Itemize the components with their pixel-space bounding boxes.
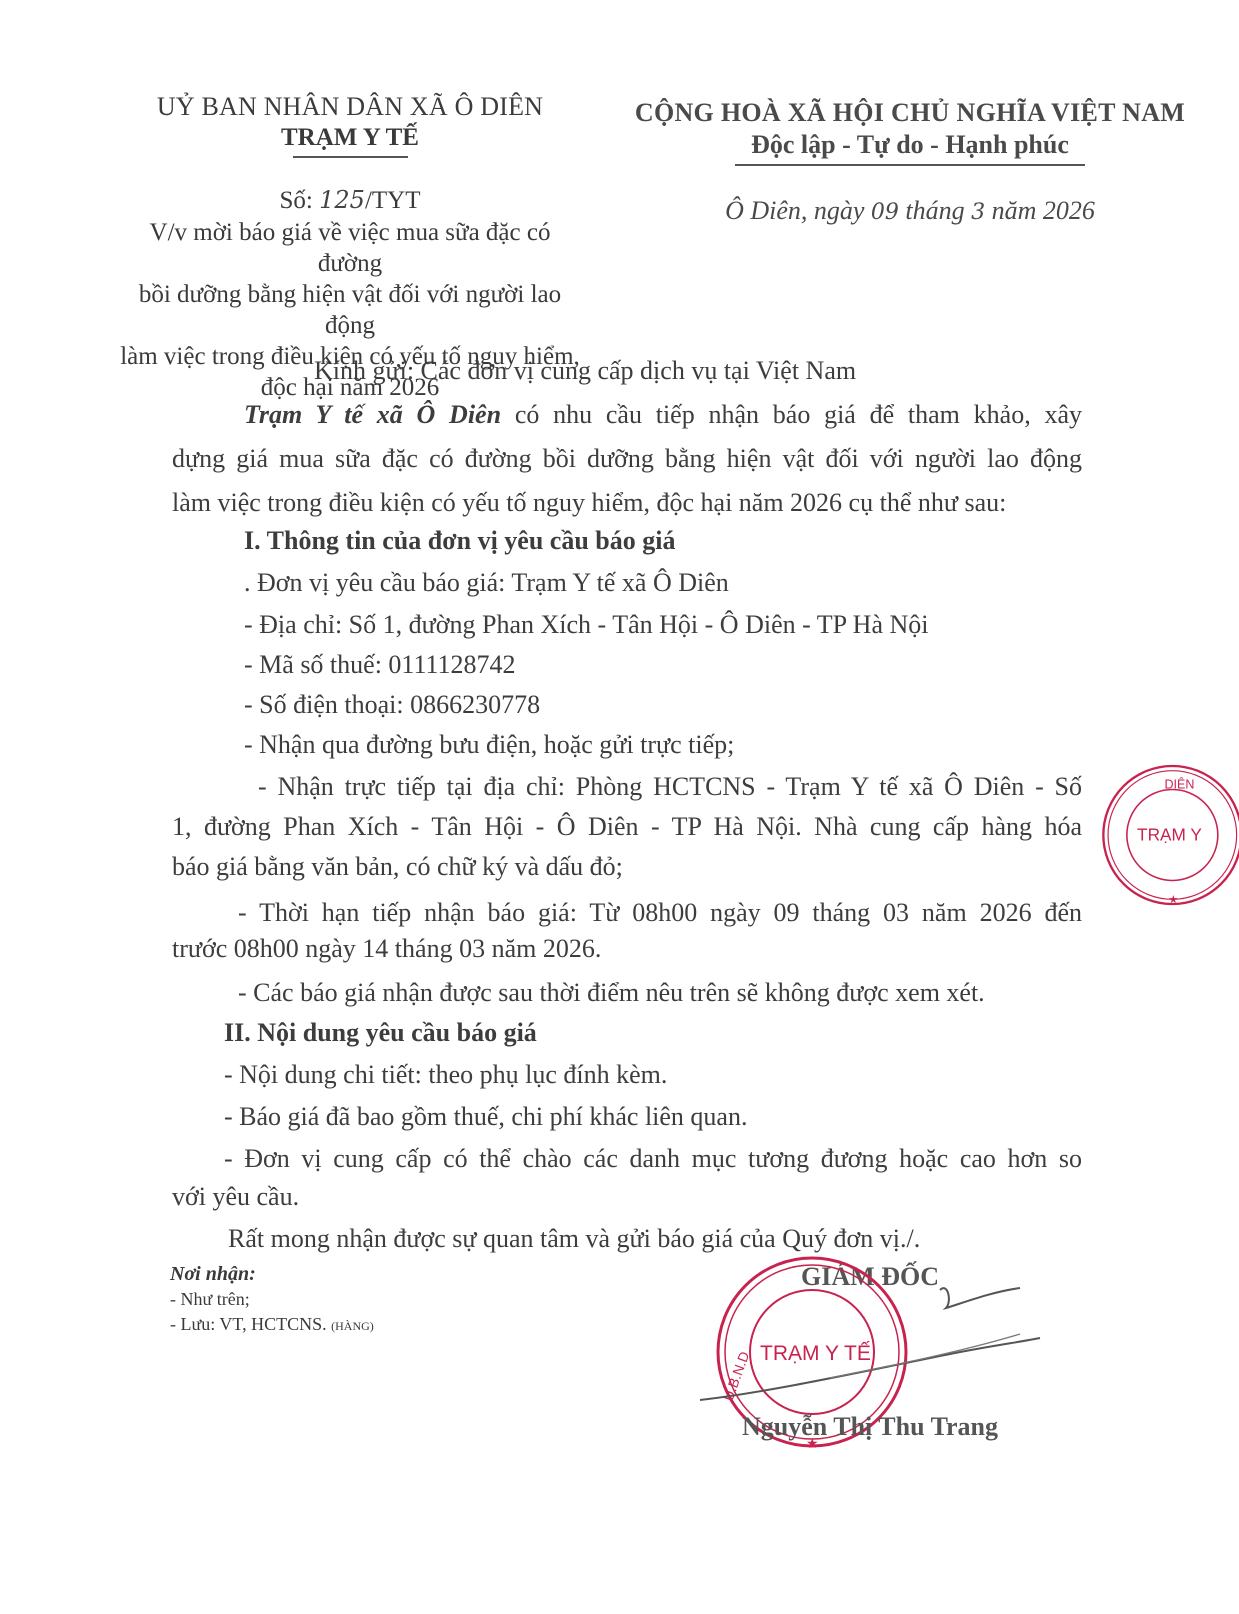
signer-name: Nguyễn Thị Thu Trang [690, 1412, 1050, 1442]
recipient-item: - Lưu: VT, HCTCNS. (HÀNG) [170, 1312, 374, 1339]
motto-underline [735, 164, 1085, 166]
section-1-item: - Số điện thoại: 0866230778 [244, 690, 540, 720]
national-motto: Độc lập - Tự do - Hạnh phúc [751, 130, 1069, 160]
section-1-item: - Địa chỉ: Số 1, đường Phan Xích - Tân H… [244, 610, 929, 640]
date-mid: tháng [899, 196, 971, 225]
date-suffix: năm 2026 [985, 196, 1095, 225]
recipient-item: - Như trên; [170, 1287, 374, 1312]
subject-line: bồi dưỡng bằng hiện vật đối với người la… [120, 279, 580, 341]
recipients-title: Nơi nhận: [170, 1262, 374, 1287]
section-1-item: - Nhận qua đường bưu điện, hoặc gửi trực… [244, 730, 734, 760]
drafter-initials: (HÀNG) [331, 1319, 374, 1333]
issuing-authority: UỶ BAN NHÂN DÂN XÃ Ô DIÊN [120, 92, 580, 122]
equivalent-line: - Đơn vị cung cấp có thể chào các danh m… [172, 1144, 1082, 1174]
deadline-text: - Thời hạn tiếp nhận báo giá: Từ 08h00 n… [238, 898, 1082, 927]
issuing-agency: TRẠM Y TẾ [120, 124, 580, 152]
addressee: Kính gửi: Các đơn vị cung cấp dịch vụ tạ… [314, 356, 856, 386]
date-month: 3 [971, 200, 985, 225]
svg-text:DIÊN: DIÊN [1165, 777, 1195, 792]
closing-line: Rất mong nhận được sự quan tâm và gửi bá… [228, 1224, 920, 1254]
recipients-block: Nơi nhận: - Như trên; - Lưu: VT, HCTCNS.… [170, 1262, 374, 1339]
svg-text:TRẠM Y: TRẠM Y [1137, 824, 1202, 844]
intro-line: dựng giá mua sữa đặc có đường bồi dưỡng … [172, 444, 1082, 474]
seal-stamp-partial: TRẠM Y DIÊN ★ [1090, 740, 1239, 930]
handwritten-number: 125 [319, 186, 365, 214]
svg-text:★: ★ [1168, 894, 1178, 906]
handwritten-signature [690, 1282, 1050, 1412]
receive-line: báo giá bằng văn bản, có chữ ký và dấu đ… [172, 852, 623, 882]
section-2-item: - Báo giá đã bao gồm thuế, chi phí khác … [224, 1102, 747, 1132]
deadline-line: trước 08h00 ngày 14 tháng 03 năm 2026. [172, 934, 601, 964]
equivalent-line: với yêu cầu. [172, 1182, 299, 1212]
section-1-title: I. Thông tin của đơn vị yêu cầu báo giá [244, 526, 675, 556]
number-suffix: /TYT [365, 187, 421, 214]
date-day: 09 [871, 200, 899, 225]
document-number: Số: 125/TYT [120, 186, 580, 215]
equivalent-text: - Đơn vị cung cấp có thể chào các danh m… [224, 1144, 1082, 1173]
intro-rest: có nhu cầu tiếp nhận báo giá để tham khả… [501, 400, 1082, 429]
agency-underline [293, 156, 408, 158]
deadline-line: - Thời hạn tiếp nhận báo giá: Từ 08h00 n… [172, 898, 1082, 928]
late-note: - Các báo giá nhận được sau thời điểm nê… [238, 978, 985, 1008]
date-prefix: Ô Diên, ngày [725, 196, 871, 225]
subject-line: V/v mời báo giá về việc mua sữa đặc có đ… [120, 217, 580, 279]
country-name: CỘNG HOÀ XÃ HỘI CHỦ NGHĨA VIỆT NAM [600, 98, 1220, 128]
intro-line: Trạm Y tế xã Ô Diên có nhu cầu tiếp nhận… [172, 400, 1082, 430]
document-date: Ô Diên, ngày 09 tháng 3 năm 2026 [600, 196, 1220, 226]
signature-block: GIÁM ĐỐC TRẠM Y TẾ ★ U.B.N.D Nguyễn Thị … [690, 1262, 1050, 1292]
section-1-item: . Đơn vị yêu cầu báo giá: Trạm Y tế xã Ô… [244, 568, 729, 598]
intro-org: Trạm Y tế xã Ô Diên [244, 400, 501, 429]
section-2-title: II. Nội dung yêu cầu báo giá [224, 1018, 537, 1048]
receive-text: - Nhận trực tiếp tại địa chỉ: Phòng HCTC… [258, 772, 1082, 801]
section-2-item: - Nội dung chi tiết: theo phụ lục đính k… [224, 1060, 667, 1090]
section-1-item: - Mã số thuế: 0111128742 [244, 650, 516, 680]
number-prefix: Số: [280, 187, 320, 214]
recipient-text: - Lưu: VT, HCTCNS. [170, 1314, 327, 1334]
receive-line: - Nhận trực tiếp tại địa chỉ: Phòng HCTC… [172, 772, 1082, 802]
receive-line: 1, đường Phan Xích - Tân Hội - Ô Diên - … [172, 812, 1082, 842]
intro-line: làm việc trong điều kiện có yếu tố nguy … [172, 488, 1006, 518]
national-header: CỘNG HOÀ XÃ HỘI CHỦ NGHĨA VIỆT NAM Độc l… [600, 98, 1220, 226]
